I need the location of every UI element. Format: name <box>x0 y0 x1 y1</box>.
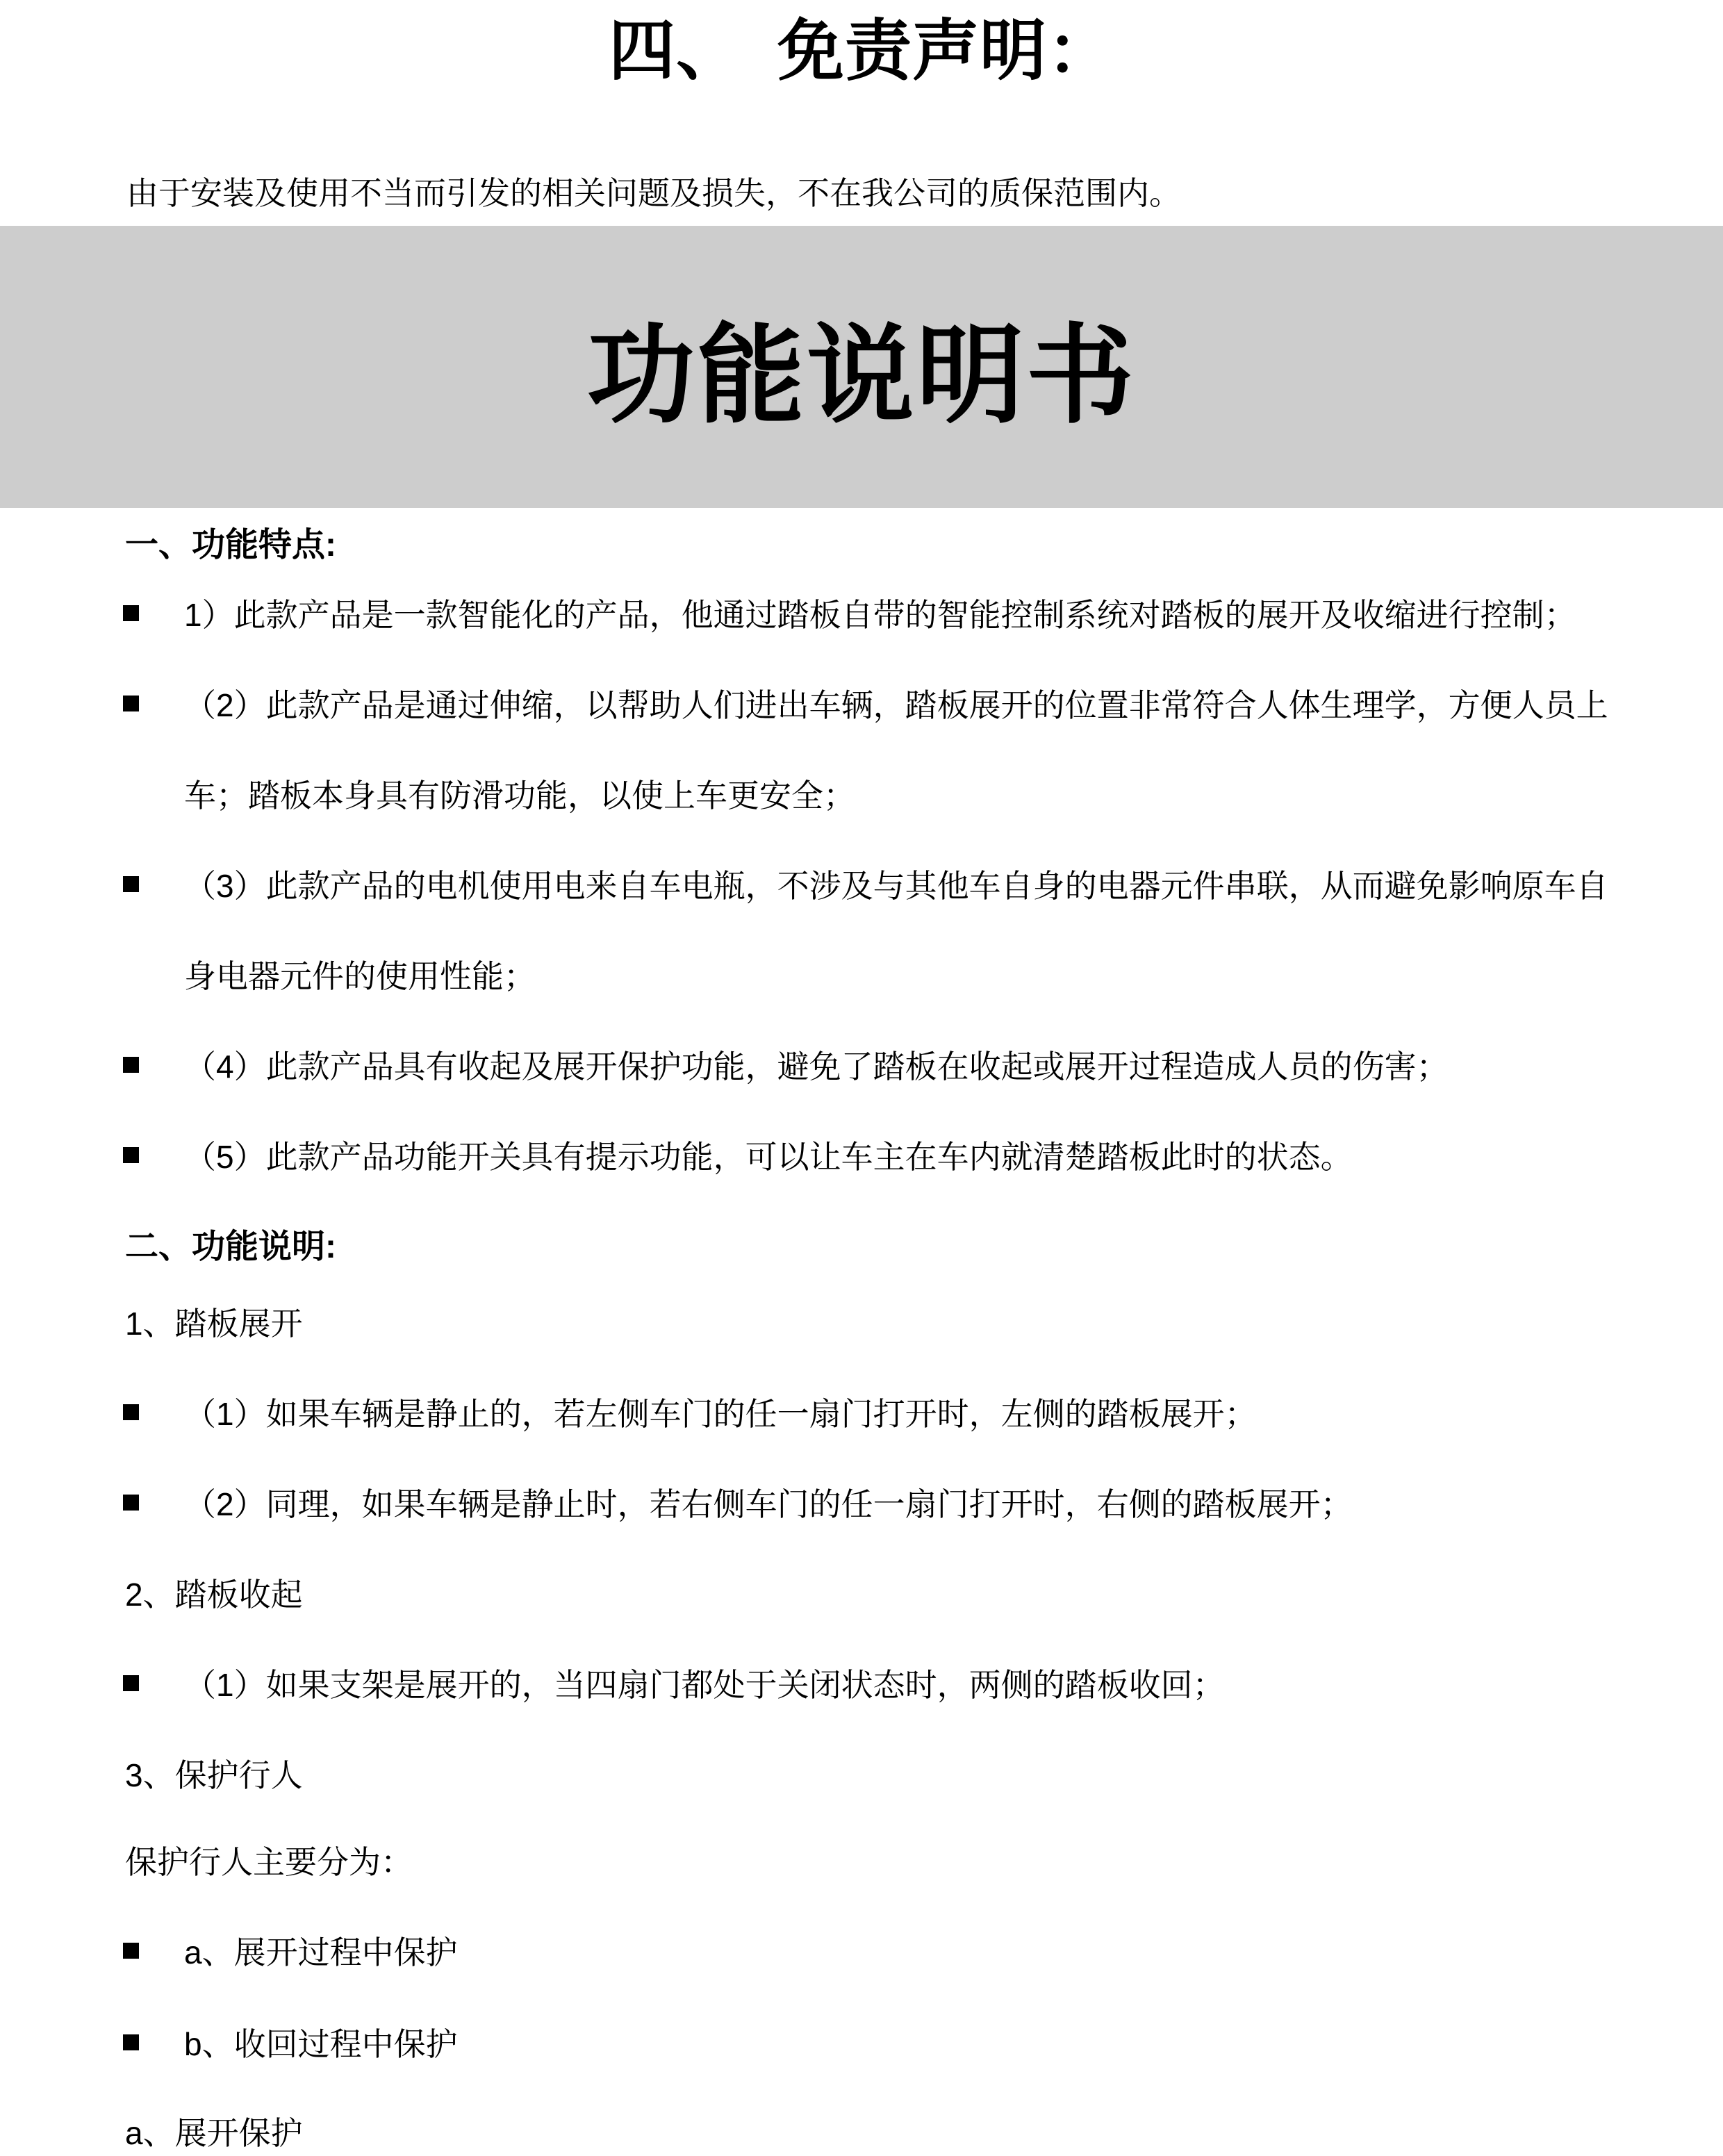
pedestrian-intro-text: 保护行人主要分为： <box>125 1841 413 1883</box>
banner-title: 功能说明书 <box>587 290 1136 444</box>
retract-item-1-text: （1）如果支架是展开的，当四扇门都处于关闭状态时，两侧的踏板收回； <box>184 1667 1225 1703</box>
bullet-square-icon <box>123 1147 139 1163</box>
feature-item-5: （5）此款产品功能开关具有提示功能，可以让车主在车内就清楚踏板此时的状态。 <box>184 1136 1353 1178</box>
retract-item-1: （1）如果支架是展开的，当四扇门都处于关闭状态时，两侧的踏板收回； <box>184 1664 1225 1706</box>
deploy-item-2: （2）同理，如果车辆是静止时，若右侧车门的任一扇门打开时，右侧的踏板展开； <box>184 1483 1353 1525</box>
expand-protect-label: a、展开保护 <box>125 2112 303 2154</box>
feature-item-1-text: 1）此款产品是一款智能化的产品，他通过踏板自带的智能控制系统对踏板的展开及收缩进… <box>184 597 1576 633</box>
feature-item-1: 1）此款产品是一款智能化的产品，他通过踏板自带的智能控制系统对踏板的展开及收缩进… <box>184 594 1576 636</box>
feature-item-3-continuation: 身电器元件的使用性能； <box>184 955 536 997</box>
bullet-square-icon <box>123 605 139 621</box>
deploy-item-1: （1）如果车辆是静止的，若左侧车门的任一扇门打开时，左侧的踏板展开； <box>184 1393 1257 1435</box>
page-title: 四、 免责声明： <box>0 10 1723 93</box>
bullet-square-icon <box>123 1057 139 1073</box>
subsection-protect-pedestrian: 3、保护行人 <box>125 1754 303 1796</box>
bullet-square-icon <box>123 1404 139 1420</box>
feature-item-2-continuation: 车；踏板本身具有防滑功能，以使上车更安全； <box>184 775 855 816</box>
pedestrian-item-b-text: b、收回过程中保护 <box>184 2026 458 2062</box>
bullet-square-icon <box>123 1495 139 1511</box>
pedestrian-item-a: a、展开过程中保护 <box>184 1932 458 1973</box>
document-page: 四、 免责声明： 由于安装及使用不当而引发的相关问题及损失，不在我公司的质保范围… <box>0 0 1723 2156</box>
feature-item-5-text: （5）此款产品功能开关具有提示功能，可以让车主在车内就清楚踏板此时的状态。 <box>184 1139 1353 1175</box>
bullet-square-icon <box>123 1943 139 1959</box>
banner: 功能说明书 <box>0 226 1723 508</box>
disclaimer-text: 由于安装及使用不当而引发的相关问题及损失，不在我公司的质保范围内。 <box>126 172 1181 214</box>
feature-item-2-line-2: 车；踏板本身具有防滑功能，以使上车更安全； <box>184 777 855 814</box>
section-heading-features: 一、功能特点: <box>125 525 336 566</box>
feature-item-3-line-2: 身电器元件的使用性能； <box>184 958 536 994</box>
deploy-item-2-text: （2）同理，如果车辆是静止时，若右侧车门的任一扇门打开时，右侧的踏板展开； <box>184 1486 1353 1522</box>
feature-item-4: （4）此款产品具有收起及展开保护功能，避免了踏板在收起或展开过程造成人员的伤害； <box>184 1046 1449 1087</box>
bullet-square-icon <box>123 1675 139 1691</box>
subsection-pedal-retract: 2、踏板收起 <box>125 1574 303 1615</box>
feature-item-3-line-1: （3）此款产品的电机使用电来自车电瓶，不涉及与其他车自身的电器元件串联，从而避免… <box>184 868 1608 904</box>
feature-item-4-text: （4）此款产品具有收起及展开保护功能，避免了踏板在收起或展开过程造成人员的伤害； <box>184 1048 1449 1085</box>
feature-item-3: （3）此款产品的电机使用电来自车电瓶，不涉及与其他车自身的电器元件串联，从而避免… <box>184 865 1608 907</box>
bullet-square-icon <box>123 2034 139 2050</box>
feature-item-2: （2）此款产品是通过伸缩，以帮助人们进出车辆，踏板展开的位置非常符合人体生理学，… <box>184 684 1608 726</box>
bullet-square-icon <box>123 696 139 711</box>
bullet-square-icon <box>123 876 139 892</box>
pedestrian-item-b: b、收回过程中保护 <box>184 2023 458 2065</box>
subsection-pedal-deploy: 1、踏板展开 <box>125 1303 303 1344</box>
pedestrian-item-a-text: a、展开过程中保护 <box>184 1934 458 1970</box>
deploy-item-1-text: （1）如果车辆是静止的，若左侧车门的任一扇门打开时，左侧的踏板展开； <box>184 1396 1257 1432</box>
feature-item-2-line-1: （2）此款产品是通过伸缩，以帮助人们进出车辆，踏板展开的位置非常符合人体生理学，… <box>184 687 1608 723</box>
section-heading-description: 二、功能说明: <box>125 1226 336 1268</box>
